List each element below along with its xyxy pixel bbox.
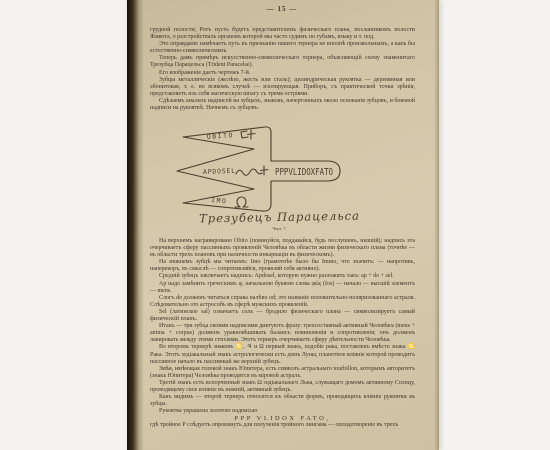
figure-caption-number: Черт. 7.	[167, 226, 392, 231]
paragraph: Сдѣлаемъ анализъ надписей на зубцахъ, зн…	[150, 98, 415, 112]
page-right-edge	[434, 0, 439, 450]
paragraph: Зубцы металлическіе (желѣзо, жесть или с…	[150, 77, 415, 98]
text-block-bottom: На верхнемъ награвировано Obito (повинуй…	[150, 238, 415, 430]
paragraph: Змѣя, имѣющая головой знакъ Юпитера, ест…	[150, 366, 415, 380]
paragraph: Средній зубецъ заключаетъ надпись: Apdos…	[150, 273, 415, 280]
cancer-glyph-icon	[241, 130, 255, 139]
paragraph: Рукоятка украшена золотою надписью	[150, 408, 415, 415]
paragraph: гдѣ тройное Р слѣдуетъ опрокинуть для по…	[150, 422, 415, 429]
trident-figure: OBITO APDOSEL PPPVLIDOXFATO IMO	[173, 124, 345, 216]
paragraph: На нижнемъ зубцѣ мы читаемъ: Imo (грамот…	[150, 259, 415, 273]
paragraph: Это оправданіе намѣчаетъ путь къ признан…	[150, 41, 415, 55]
prong-top-label: OBITO	[207, 131, 235, 141]
jupiter-snake-icon	[236, 166, 268, 175]
paragraph: Слогъ do долженъ читаться справа налѣво …	[150, 295, 415, 309]
paragraph: На верхнемъ награвировано Obito (повинуй…	[150, 238, 415, 259]
paragraph: Теперь дамъ примѣръ искусственно-символи…	[150, 55, 415, 69]
paragraph: грудной полости; Ротъ пусть будетъ предс…	[150, 27, 415, 41]
paragraph: Sel (латинское sal) означаетъ соль — бро…	[150, 309, 415, 323]
paragraph: Третій знакъ есть испорченный знакъ Ω зо…	[150, 380, 415, 394]
prong-bottom-label: IMO	[211, 196, 228, 205]
page-gutter-shadow	[127, 0, 144, 450]
book-page-scan: — 15 — грудной полости; Ротъ пусть будет…	[127, 0, 439, 450]
figure-caption: Трезубецъ Парацельса	[167, 208, 392, 226]
paragraph: Его изображеніе даетъ чертежъ 7-й.	[150, 70, 415, 77]
paragraph: Во второмъ тернерѣ знаковъ ♋, ♃ и Ω перв…	[150, 344, 415, 365]
prong-middle-label: APDOSEL	[203, 167, 236, 176]
paragraph: Итакъ — три зубца своими надписями дикту…	[150, 323, 415, 344]
text-block-top: грудной полости; Ротъ пусть будетъ предс…	[150, 27, 415, 112]
paragraph: Ар надо замѣнить греческимъ φ, начальною…	[150, 281, 415, 295]
paragraph: Какъ видимъ — второй тернеръ относится к…	[150, 394, 415, 408]
handle-inscription: PPPVLIDOXFATO	[275, 167, 333, 178]
page-number: — 15 —	[150, 5, 414, 13]
leo-omega-icon	[235, 197, 248, 207]
